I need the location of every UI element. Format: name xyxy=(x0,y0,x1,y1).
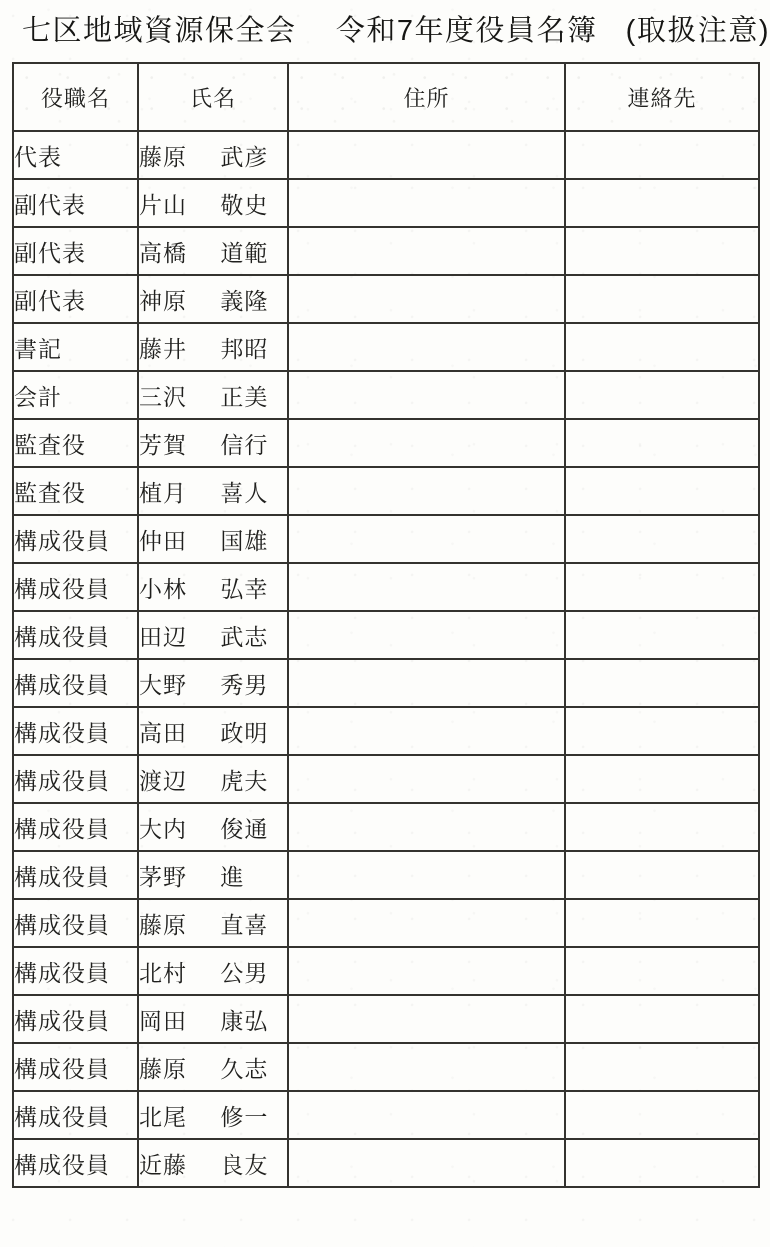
address-cell xyxy=(288,659,565,707)
name-cell: 高田 政明 xyxy=(138,707,288,755)
name-cell: 藤原 直喜 xyxy=(138,899,288,947)
title-organization: 七区地域資源保全会 xyxy=(22,8,297,49)
given-name-text: 弘幸 xyxy=(220,576,268,602)
role-cell: 構成役員 xyxy=(13,659,138,707)
address-cell xyxy=(288,131,565,179)
role-cell: 監査役 xyxy=(13,467,138,515)
address-cell xyxy=(288,323,565,371)
contact-cell xyxy=(565,803,759,851)
address-cell xyxy=(288,995,565,1043)
role-cell: 構成役員 xyxy=(13,995,138,1043)
given-name-text: 邦昭 xyxy=(220,336,268,362)
table-row: 構成役員 藤原 直喜 xyxy=(13,899,759,947)
header-row: 役職名 氏名 住所 連絡先 xyxy=(13,63,759,131)
surname-text: 北尾 xyxy=(139,1099,213,1132)
surname-text: 高田 xyxy=(139,715,213,748)
address-cell xyxy=(288,1091,565,1139)
table-row: 構成役員 高田 政明 xyxy=(13,707,759,755)
address-cell xyxy=(288,755,565,803)
surname-text: 仲田 xyxy=(139,523,213,556)
table-row: 構成役員 渡辺 虎夫 xyxy=(13,755,759,803)
document-title: 七区地域資源保全会 令和7年度役員名簿 (取扱注意) xyxy=(22,8,770,49)
name-cell: 片山 敬史 xyxy=(138,179,288,227)
role-cell: 構成役員 xyxy=(13,851,138,899)
given-name-text: 正美 xyxy=(220,384,268,410)
table-row: 書記 藤井 邦昭 xyxy=(13,323,759,371)
header-name: 氏名 xyxy=(138,63,288,131)
name-cell: 三沢 正美 xyxy=(138,371,288,419)
roster-body: 代表 藤原 武彦 副代表 片山 敬史 副代表 高橋 道範 副代表 神原 義隆 書… xyxy=(13,131,759,1187)
given-name-text: 虎夫 xyxy=(220,768,268,794)
table-row: 監査役 植月 喜人 xyxy=(13,467,759,515)
surname-text: 神原 xyxy=(139,283,213,316)
table-row: 会計 三沢 正美 xyxy=(13,371,759,419)
contact-cell xyxy=(565,227,759,275)
title-confidential-note: (取扱注意) xyxy=(626,8,770,49)
table-row: 監査役 芳賀 信行 xyxy=(13,419,759,467)
surname-text: 藤原 xyxy=(139,907,213,940)
surname-text: 藤井 xyxy=(139,331,213,364)
table-row: 代表 藤原 武彦 xyxy=(13,131,759,179)
surname-text: 藤原 xyxy=(139,1051,213,1084)
name-cell: 大内 俊通 xyxy=(138,803,288,851)
name-cell: 田辺 武志 xyxy=(138,611,288,659)
role-cell: 書記 xyxy=(13,323,138,371)
given-name-text: 俊通 xyxy=(220,816,268,842)
surname-text: 小林 xyxy=(139,571,213,604)
contact-cell xyxy=(565,755,759,803)
contact-cell xyxy=(565,947,759,995)
contact-cell xyxy=(565,131,759,179)
table-row: 構成役員 岡田 康弘 xyxy=(13,995,759,1043)
surname-text: 片山 xyxy=(139,187,213,220)
role-cell: 代表 xyxy=(13,131,138,179)
role-cell: 副代表 xyxy=(13,227,138,275)
role-cell: 構成役員 xyxy=(13,1043,138,1091)
name-cell: 神原 義隆 xyxy=(138,275,288,323)
name-cell: 芳賀 信行 xyxy=(138,419,288,467)
address-cell xyxy=(288,515,565,563)
role-cell: 構成役員 xyxy=(13,947,138,995)
table-row: 副代表 片山 敬史 xyxy=(13,179,759,227)
contact-cell xyxy=(565,323,759,371)
role-cell: 構成役員 xyxy=(13,515,138,563)
given-name-text: 秀男 xyxy=(220,672,268,698)
contact-cell xyxy=(565,1091,759,1139)
role-cell: 構成役員 xyxy=(13,563,138,611)
given-name-text: 武彦 xyxy=(220,144,268,170)
contact-cell xyxy=(565,467,759,515)
header-role: 役職名 xyxy=(13,63,138,131)
contact-cell xyxy=(565,659,759,707)
name-cell: 近藤 良友 xyxy=(138,1139,288,1187)
name-cell: 大野 秀男 xyxy=(138,659,288,707)
surname-text: 田辺 xyxy=(139,619,213,652)
surname-text: 植月 xyxy=(139,475,213,508)
table-row: 構成役員 茅野 進 xyxy=(13,851,759,899)
title-document-name: 令和7年度役員名簿 xyxy=(336,8,598,49)
address-cell xyxy=(288,227,565,275)
role-cell: 副代表 xyxy=(13,179,138,227)
given-name-text: 良友 xyxy=(220,1152,268,1178)
given-name-text: 喜人 xyxy=(220,480,268,506)
name-cell: 茅野 進 xyxy=(138,851,288,899)
surname-text: 渡辺 xyxy=(139,763,213,796)
given-name-text: 政明 xyxy=(220,720,268,746)
table-row: 構成役員 小林 弘幸 xyxy=(13,563,759,611)
contact-cell xyxy=(565,515,759,563)
surname-text: 大野 xyxy=(139,667,213,700)
table-row: 構成役員 田辺 武志 xyxy=(13,611,759,659)
given-name-text: 公男 xyxy=(220,960,268,986)
officer-roster-table: 役職名 氏名 住所 連絡先 代表 藤原 武彦 副代表 片山 敬史 副代表 高橋 … xyxy=(12,62,760,1188)
role-cell: 構成役員 xyxy=(13,755,138,803)
role-cell: 構成役員 xyxy=(13,1091,138,1139)
table-row: 副代表 神原 義隆 xyxy=(13,275,759,323)
contact-cell xyxy=(565,1043,759,1091)
contact-cell xyxy=(565,851,759,899)
address-cell xyxy=(288,707,565,755)
table-row: 構成役員 大内 俊通 xyxy=(13,803,759,851)
contact-cell xyxy=(565,419,759,467)
address-cell xyxy=(288,275,565,323)
address-cell xyxy=(288,803,565,851)
address-cell xyxy=(288,611,565,659)
surname-text: 藤原 xyxy=(139,139,213,172)
address-cell xyxy=(288,371,565,419)
given-name-text: 信行 xyxy=(220,432,268,458)
contact-cell xyxy=(565,563,759,611)
table-row: 構成役員 大野 秀男 xyxy=(13,659,759,707)
given-name-text: 康弘 xyxy=(220,1008,268,1034)
name-cell: 藤原 久志 xyxy=(138,1043,288,1091)
given-name-text: 国雄 xyxy=(220,528,268,554)
surname-text: 岡田 xyxy=(139,1003,213,1036)
address-cell xyxy=(288,1043,565,1091)
role-cell: 監査役 xyxy=(13,419,138,467)
given-name-text: 道範 xyxy=(220,240,268,266)
role-cell: 構成役員 xyxy=(13,899,138,947)
contact-cell xyxy=(565,707,759,755)
contact-cell xyxy=(565,275,759,323)
table-row: 副代表 高橋 道範 xyxy=(13,227,759,275)
table-row: 構成役員 藤原 久志 xyxy=(13,1043,759,1091)
surname-text: 三沢 xyxy=(139,379,213,412)
role-cell: 構成役員 xyxy=(13,707,138,755)
contact-cell xyxy=(565,179,759,227)
name-cell: 小林 弘幸 xyxy=(138,563,288,611)
name-cell: 植月 喜人 xyxy=(138,467,288,515)
address-cell xyxy=(288,419,565,467)
name-cell: 高橋 道範 xyxy=(138,227,288,275)
address-cell xyxy=(288,947,565,995)
role-cell: 構成役員 xyxy=(13,611,138,659)
contact-cell xyxy=(565,1139,759,1187)
given-name-text: 直喜 xyxy=(220,912,268,938)
name-cell: 岡田 康弘 xyxy=(138,995,288,1043)
table-row: 構成役員 仲田 国雄 xyxy=(13,515,759,563)
role-cell: 構成役員 xyxy=(13,803,138,851)
given-name-text: 義隆 xyxy=(220,288,268,314)
contact-cell xyxy=(565,371,759,419)
surname-text: 近藤 xyxy=(139,1147,213,1180)
surname-text: 茅野 xyxy=(139,859,213,892)
given-name-text: 敬史 xyxy=(220,192,268,218)
given-name-text: 武志 xyxy=(220,624,268,650)
contact-cell xyxy=(565,995,759,1043)
address-cell xyxy=(288,899,565,947)
given-name-text: 久志 xyxy=(220,1056,268,1082)
address-cell xyxy=(288,851,565,899)
table-row: 構成役員 北村 公男 xyxy=(13,947,759,995)
address-cell xyxy=(288,179,565,227)
role-cell: 構成役員 xyxy=(13,1139,138,1187)
table-row: 構成役員 近藤 良友 xyxy=(13,1139,759,1187)
surname-text: 高橋 xyxy=(139,235,213,268)
header-contact: 連絡先 xyxy=(565,63,759,131)
name-cell: 藤原 武彦 xyxy=(138,131,288,179)
header-address: 住所 xyxy=(288,63,565,131)
contact-cell xyxy=(565,899,759,947)
name-cell: 仲田 国雄 xyxy=(138,515,288,563)
name-cell: 渡辺 虎夫 xyxy=(138,755,288,803)
address-cell xyxy=(288,563,565,611)
contact-cell xyxy=(565,611,759,659)
surname-text: 芳賀 xyxy=(139,427,213,460)
table-row: 構成役員 北尾 修一 xyxy=(13,1091,759,1139)
given-name-text: 修一 xyxy=(220,1104,268,1130)
address-cell xyxy=(288,1139,565,1187)
role-cell: 会計 xyxy=(13,371,138,419)
address-cell xyxy=(288,467,565,515)
name-cell: 北村 公男 xyxy=(138,947,288,995)
name-cell: 藤井 邦昭 xyxy=(138,323,288,371)
surname-text: 北村 xyxy=(139,955,213,988)
given-name-text: 進 xyxy=(220,864,244,890)
surname-text: 大内 xyxy=(139,811,213,844)
role-cell: 副代表 xyxy=(13,275,138,323)
name-cell: 北尾 修一 xyxy=(138,1091,288,1139)
